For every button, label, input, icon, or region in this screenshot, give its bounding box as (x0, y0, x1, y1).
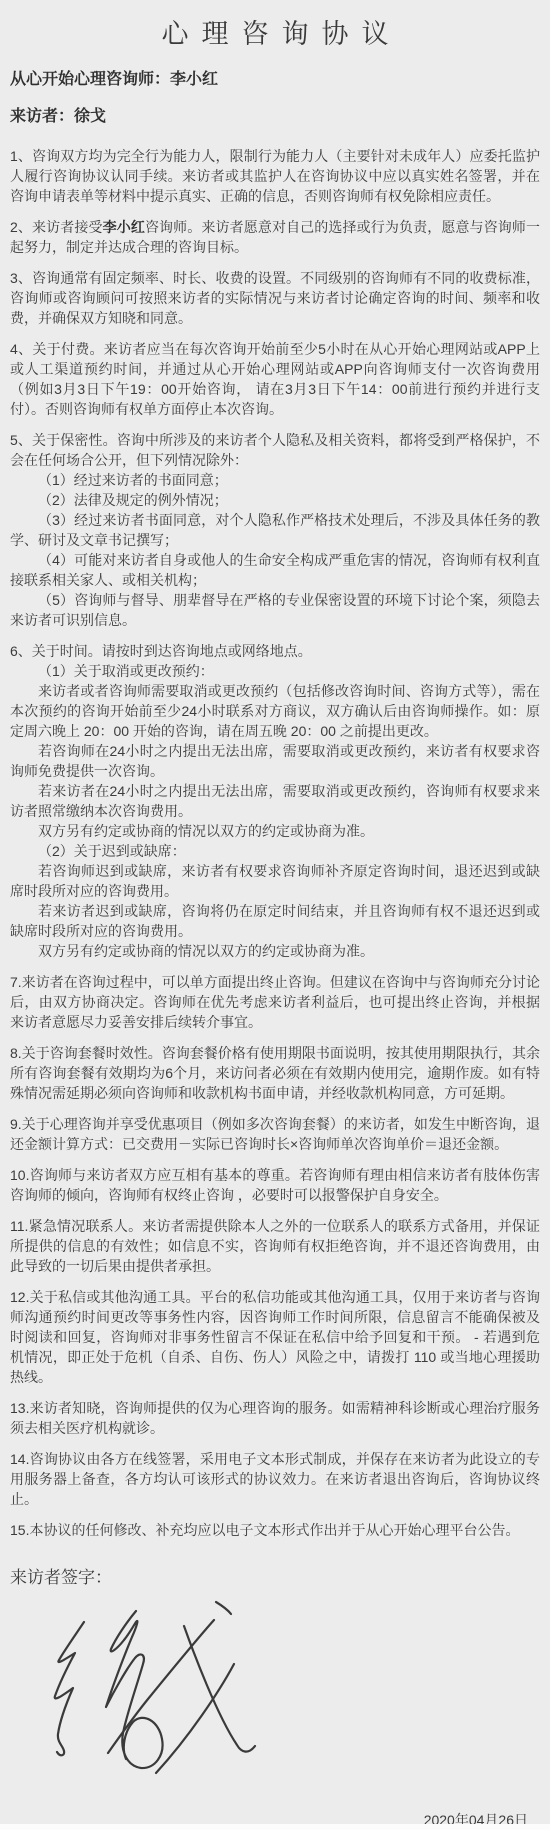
clause-block: 5、关于保密性。咨询中所涉及的来访者个人隐私及相关资料，都将受到严格保护，不会在… (10, 430, 540, 630)
clause-line: 15.本协议的任何修改、补充均应以电子文本形式作出并于从心开始心理平台公告。 (10, 1520, 540, 1540)
clause-line: 双方另有约定或协商的情况以双方的约定或协商为准。 (10, 941, 540, 961)
clause-line: 双方另有约定或协商的情况以双方的约定或协商为准。 (10, 821, 540, 841)
clause-line: （4）可能对来访者自身或他人的生命安全构成严重危害的情况，咨询师有权利直接联系相… (10, 550, 540, 590)
clause-line: 5、关于保密性。咨询中所涉及的来访者个人隐私及相关资料，都将受到严格保护，不会在… (10, 430, 540, 470)
clause-line: 14.咨询协议由各方在线签署，采用电子文本形式制成，并保存在来访者为此设立的专用… (10, 1449, 540, 1509)
clause-line: 2、来访者接受李小红咨询师。来访者愿意对自己的选择或行为负责，愿意与咨询师一起努… (10, 217, 540, 257)
visitor-line: 来访者：徐戈 (10, 106, 540, 128)
clause-block: 1、咨询双方均为完全行为能力人，限制行为能力人（主要针对未成年人）应委托监护人履… (10, 146, 540, 206)
clause-line: 9.关于心理咨询并享受优惠项目（例如多次咨询套餐）的来访者，如发生中断咨询，退还… (10, 1114, 540, 1154)
agreement-document: 心理咨询协议 从心开始心理咨询师：李小红 来访者：徐戈 1、咨询双方均为完全行为… (0, 0, 550, 1830)
clause-line: 7.来访者在咨询过程中，可以单方面提出终止咨询。但建议在咨询中与咨询师充分讨论后… (10, 972, 540, 1032)
counselor-name-bold: 李小红 (103, 219, 145, 235)
clause-line: 若来访者迟到或缺席，咨询将仍在原定时间结束，并且咨询师有权不退还迟到或缺席时段所… (10, 901, 540, 941)
clause-block: 12.关于私信或其他沟通工具。平台的私信功能或其他沟通工具，仅用于来访者与咨询师… (10, 1287, 540, 1387)
clause-block: 13.来访者知晓，咨询师提供的仅为心理咨询的服务。如需精神科诊断或心理治疗服务须… (10, 1398, 540, 1438)
page-title: 心理咨询协议 (10, 12, 540, 51)
clause-line: （3）经过来访者书面同意，对个人隐私作严格技术处理后，不涉及具体任务的教学、研讨… (10, 510, 540, 550)
clause-line: （1）经过来访者的书面同意； (10, 470, 540, 490)
bottom-strip (0, 1824, 550, 1830)
clause-line: 13.来访者知晓，咨询师提供的仅为心理咨询的服务。如需精神科诊断或心理治疗服务须… (10, 1398, 540, 1438)
clause-line: 6、关于时间。请按时到达咨询地点或网络地点。 (10, 641, 540, 661)
clause-block: 10.咨询师与来访者双方应互相有基本的尊重。若咨询师有理由相信来访者有肢体伤害咨… (10, 1165, 540, 1205)
clause-block: 9.关于心理咨询并享受优惠项目（例如多次咨询套餐）的来访者，如发生中断咨询，退还… (10, 1114, 540, 1154)
clause-line: 若咨询师在24小时之内提出无法出席，需要取消或更改预约，来访者有权要求咨询师免费… (10, 741, 540, 781)
clause-line: 8.关于咨询套餐时效性。咨询套餐价格有使用期限书面说明，按其使用期限执行，其余所… (10, 1043, 540, 1103)
clause-line: 12.关于私信或其他沟通工具。平台的私信功能或其他沟通工具，仅用于来访者与咨询师… (10, 1287, 540, 1387)
clause-line: 11.紧急情况联系人。来访者需提供除本人之外的一位联系人的联系方式备用，并保证所… (10, 1216, 540, 1276)
clause-line: 4、关于付费。来访者应当在每次咨询开始前至少5小时在从心开始心理网站或APP上或… (10, 339, 540, 419)
clause-line: （1）关于取消或更改预约： (10, 661, 540, 681)
clause-line: （2）关于迟到或缺席： (10, 841, 540, 861)
clauses: 1、咨询双方均为完全行为能力人，限制行为能力人（主要针对未成年人）应委托监护人履… (10, 146, 540, 1540)
clause-line: 10.咨询师与来访者双方应互相有基本的尊重。若咨询师有理由相信来访者有肢体伤害咨… (10, 1165, 540, 1205)
clause-block: 3、咨询通常有固定频率、时长、收费的设置。不同级别的咨询师有不同的收费标准，咨询… (10, 268, 540, 328)
clause-block: 11.紧急情况联系人。来访者需提供除本人之外的一位联系人的联系方式备用，并保证所… (10, 1216, 540, 1276)
clause-line: 3、咨询通常有固定频率、时长、收费的设置。不同级别的咨询师有不同的收费标准，咨询… (10, 268, 540, 328)
clause-block: 7.来访者在咨询过程中，可以单方面提出终止咨询。但建议在咨询中与咨询师充分讨论后… (10, 972, 540, 1032)
signature-area (10, 1596, 540, 1796)
clause-block: 8.关于咨询套餐时效性。咨询套餐价格有使用期限书面说明，按其使用期限执行，其余所… (10, 1043, 540, 1103)
signature-scribble-icon (38, 1596, 258, 1786)
clause-line: （5）咨询师与督导、朋辈督导在严格的专业保密设置的环境下讨论个案，须隐去来访者可… (10, 590, 540, 630)
clause-block: 6、关于时间。请按时到达咨询地点或网络地点。（1）关于取消或更改预约：来访者或者… (10, 641, 540, 961)
clause-block: 4、关于付费。来访者应当在每次咨询开始前至少5小时在从心开始心理网站或APP上或… (10, 339, 540, 419)
clause-line: （2）法律及规定的例外情况； (10, 490, 540, 510)
signature-label: 来访者签字： (10, 1566, 540, 1590)
clause-line: 来访者或者咨询师需要取消或更改预约（包括修改咨询时间、咨询方式等），需在本次预约… (10, 681, 540, 741)
clause-line: 若来访者在24小时之内提出无法出席，需要取消或更改预约，咨询师有权要求来访者照常… (10, 781, 540, 821)
clause-block: 2、来访者接受李小红咨询师。来访者愿意对自己的选择或行为负责，愿意与咨询师一起努… (10, 217, 540, 257)
clause-line: 1、咨询双方均为完全行为能力人，限制行为能力人（主要针对未成年人）应委托监护人履… (10, 146, 540, 206)
clause-block: 15.本协议的任何修改、补充均应以电子文本形式作出并于从心开始心理平台公告。 (10, 1520, 540, 1540)
counselor-line: 从心开始心理咨询师：李小红 (10, 69, 540, 91)
clause-block: 14.咨询协议由各方在线签署，采用电子文本形式制成，并保存在来访者为此设立的专用… (10, 1449, 540, 1509)
clause-line: 若咨询师迟到或缺席，来访者有权要求咨询师补齐原定咨询时间，退还迟到或缺席时段所对… (10, 861, 540, 901)
